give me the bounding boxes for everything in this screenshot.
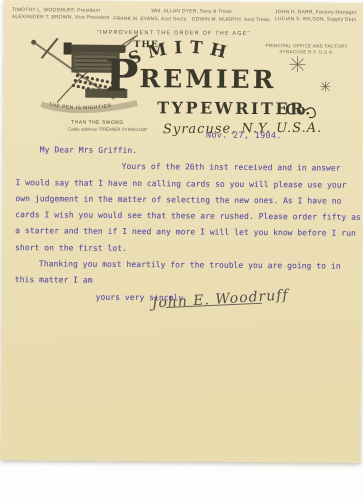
officer-list: TIMOTHY L. WOODRUFF, President ALEXANDER… [12,7,358,25]
letter-paper: TIMOTHY L. WOODRUFF, President ALEXANDER… [0,0,363,463]
logo-co: Co. [285,102,310,118]
letter-body: My Dear Mrs Griffin. Yours of the 26th i… [15,142,356,308]
sunburst-decoration [289,56,330,91]
officers-middle: WM. ALLAN DYER, Secy & Treas. FRANK M. E… [113,8,271,24]
officers-right: JOHN H. BARR, Factory Manager LUCIAN S. … [275,9,358,25]
officer-name: LUCIAN S. WILSON, Supply Dept. [275,16,358,24]
letter-line: Yours of the 26th inst received and in a… [122,159,356,177]
officers-left: TIMOTHY L. WOODRUFF, President ALEXANDER… [12,7,110,23]
letter-salutation: My Dear Mrs Griffin. [40,142,356,161]
officer-name: ALEXANDER T. BROWN, Vice President [12,14,110,22]
logo-premier-initial: P [105,51,138,102]
officer-name: WM. ALLAN DYER, Secy & Treas. [113,8,271,16]
logo-premier-rest: REMIER [139,64,276,94]
letter-date: Nov. 27, 1904. [206,131,282,142]
letter-line: this matter I am [15,272,355,291]
logo-typewriter: TYPEWRITER [157,98,306,118]
officer-name: EDWIN M. MURPHY, Asst Treas. [192,16,271,24]
officer-name: FRANK M. EVANS, Asst Secty. [113,16,187,24]
cable-address: Cable address "PREMIER SYRACUSE" [43,126,173,132]
